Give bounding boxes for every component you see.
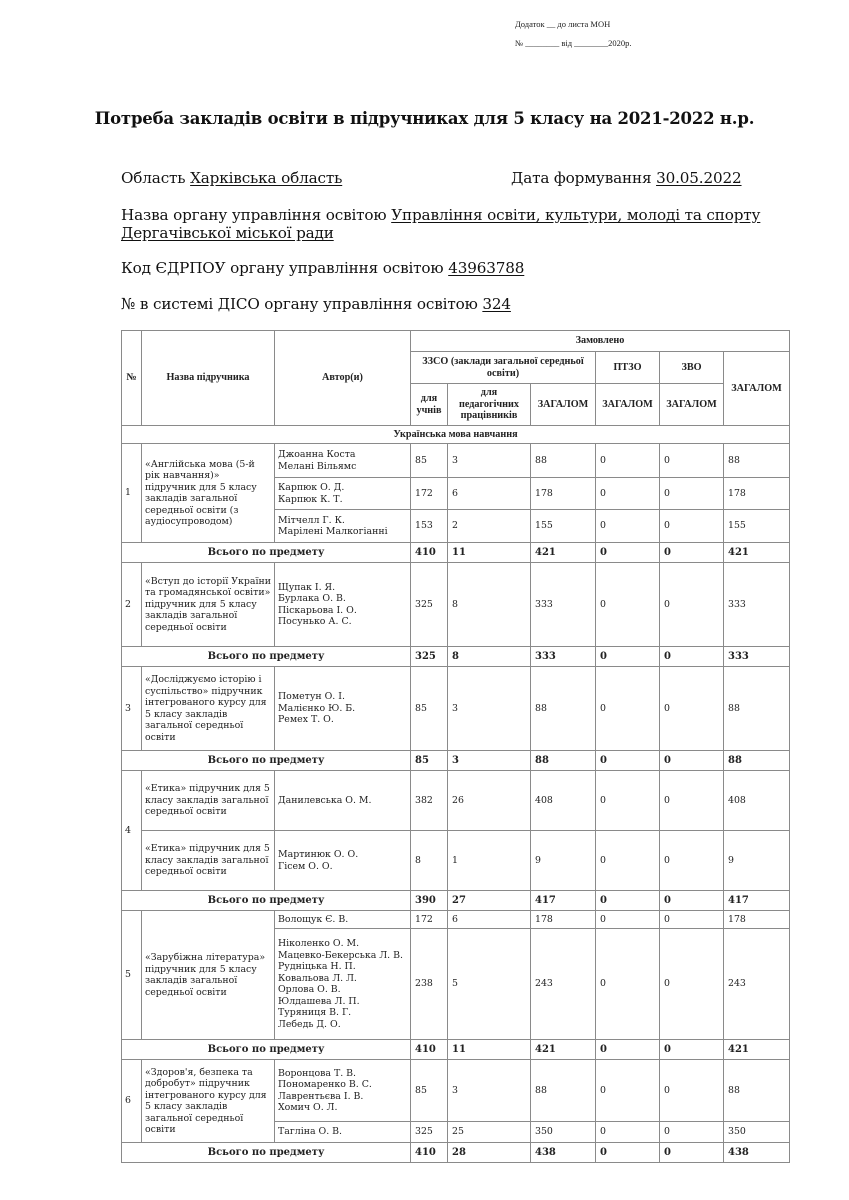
book-authors: Карпюк О. Д. Карпюк К. Т.	[275, 478, 411, 510]
total-zzso-total: 438	[531, 1143, 596, 1163]
total-students: 325	[411, 647, 448, 667]
total-total: 438	[724, 1143, 790, 1163]
language-section: Українська мова навчання	[122, 426, 790, 444]
table-row: 5«Зарубіжна література» підручник для 5 …	[122, 911, 790, 929]
date-value: 30.05.2022	[656, 169, 741, 187]
cell-zvo: 0	[660, 929, 724, 1040]
total-zvo: 0	[660, 751, 724, 771]
cell-zzso-total: 408	[531, 771, 596, 831]
cell-total: 408	[724, 771, 790, 831]
table-row: 4«Етика» підручник для 5 класу закладів …	[122, 771, 790, 831]
total-zzso-total: 88	[531, 751, 596, 771]
org-field: Назва органу управління освітою Управлін…	[121, 206, 760, 242]
book-number: 2	[122, 563, 142, 647]
header-zvo-total: ЗАГАЛОМ	[660, 384, 724, 426]
cell-teachers: 8	[448, 563, 531, 647]
subject-total-label: Всього по предмету	[122, 891, 411, 911]
total-ptzo: 0	[596, 891, 660, 911]
cell-ptzo: 0	[596, 1060, 660, 1122]
subject-total-label: Всього по предмету	[122, 751, 411, 771]
header-zzso: ЗЗСО (заклади загальної середньої освіти…	[411, 352, 596, 384]
header-ordered: Замовлено	[411, 331, 790, 352]
cell-students: 238	[411, 929, 448, 1040]
org-value-line2: Дергачівської міської ради	[121, 224, 334, 242]
cell-total: 350	[724, 1122, 790, 1143]
cell-total: 88	[724, 444, 790, 478]
cell-total: 88	[724, 667, 790, 751]
cell-total: 178	[724, 911, 790, 929]
total-ptzo: 0	[596, 1040, 660, 1060]
cell-zzso-total: 88	[531, 667, 596, 751]
book-authors: Ніколенко О. М. Мацевко-Бекерська Л. В. …	[275, 929, 411, 1040]
header-teachers: для педагогічних працівників	[448, 384, 531, 426]
cell-ptzo: 0	[596, 929, 660, 1040]
table-row: 3«Досліджуємо історію і суспільство» під…	[122, 667, 790, 751]
table-row: «Етика» підручник для 5 класу закладів з…	[122, 831, 790, 891]
cell-ptzo: 0	[596, 911, 660, 929]
total-teachers: 8	[448, 647, 531, 667]
total-zzso-total: 421	[531, 543, 596, 563]
total-zvo: 0	[660, 543, 724, 563]
book-title: «Досліджуємо історію і суспільство» підр…	[142, 667, 275, 751]
subject-total-row: Всього по предмету853880088	[122, 751, 790, 771]
book-authors: Тагліна О. В.	[275, 1122, 411, 1143]
total-ptzo: 0	[596, 1143, 660, 1163]
book-authors: Пометун О. І. Малієнко Ю. Б. Ремех Т. О.	[275, 667, 411, 751]
total-students: 85	[411, 751, 448, 771]
total-total: 421	[724, 543, 790, 563]
cell-total: 9	[724, 831, 790, 891]
region-label: Область	[121, 169, 190, 187]
cell-students: 325	[411, 1122, 448, 1143]
cell-zvo: 0	[660, 510, 724, 543]
cell-ptzo: 0	[596, 771, 660, 831]
cell-ptzo: 0	[596, 831, 660, 891]
cell-students: 172	[411, 911, 448, 929]
annex-line-1: Додаток __ до листа МОН	[515, 19, 610, 29]
total-ptzo: 0	[596, 647, 660, 667]
total-zvo: 0	[660, 1143, 724, 1163]
total-students: 390	[411, 891, 448, 911]
header-ptzo: ПТЗО	[596, 352, 660, 384]
total-zvo: 0	[660, 1040, 724, 1060]
cell-zvo: 0	[660, 444, 724, 478]
cell-zvo: 0	[660, 1060, 724, 1122]
total-ptzo: 0	[596, 751, 660, 771]
table-row: 6«Здоров'я, безпека та добробут» підручн…	[122, 1060, 790, 1122]
total-students: 410	[411, 1143, 448, 1163]
table-row: 1«Англійська мова (5-й рік навчання)» пі…	[122, 444, 790, 478]
subject-total-label: Всього по предмету	[122, 1143, 411, 1163]
header-name: Назва підручника	[142, 331, 275, 426]
book-title: «Етика» підручник для 5 класу закладів з…	[142, 771, 275, 831]
cell-students: 85	[411, 667, 448, 751]
cell-students: 85	[411, 1060, 448, 1122]
total-total: 421	[724, 1040, 790, 1060]
book-authors: Воронцова Т. В. Пономаренко В. С. Лаврен…	[275, 1060, 411, 1122]
cell-zzso-total: 178	[531, 478, 596, 510]
cell-total: 155	[724, 510, 790, 543]
total-zzso-total: 421	[531, 1040, 596, 1060]
total-total: 417	[724, 891, 790, 911]
subject-total-label: Всього по предмету	[122, 1040, 411, 1060]
edrpou-field: Код ЄДРПОУ органу управління освітою 439…	[121, 259, 524, 277]
cell-ptzo: 0	[596, 563, 660, 647]
cell-ptzo: 0	[596, 444, 660, 478]
book-title: «Англійська мова (5-й рік навчання)» під…	[142, 444, 275, 543]
cell-zvo: 0	[660, 667, 724, 751]
header-ptzo-total: ЗАГАЛОМ	[596, 384, 660, 426]
cell-zvo: 0	[660, 1122, 724, 1143]
edrpou-value: 43963788	[448, 259, 524, 277]
cell-ptzo: 0	[596, 1122, 660, 1143]
cell-teachers: 2	[448, 510, 531, 543]
cell-students: 382	[411, 771, 448, 831]
book-authors: Данилевська О. М.	[275, 771, 411, 831]
book-title: «Зарубіжна література» підручник для 5 к…	[142, 911, 275, 1040]
header-authors: Автор(и)	[275, 331, 411, 426]
edrpou-label: Код ЄДРПОУ органу управління освітою	[121, 259, 448, 277]
total-teachers: 11	[448, 1040, 531, 1060]
book-number: 3	[122, 667, 142, 751]
cell-students: 85	[411, 444, 448, 478]
cell-total: 243	[724, 929, 790, 1040]
total-zzso-total: 333	[531, 647, 596, 667]
cell-teachers: 25	[448, 1122, 531, 1143]
book-title: «Етика» підручник для 5 класу закладів з…	[142, 831, 275, 891]
total-ptzo: 0	[596, 543, 660, 563]
region-field: Область Харківська область	[121, 169, 342, 187]
total-teachers: 28	[448, 1143, 531, 1163]
cell-zzso-total: 9	[531, 831, 596, 891]
org-label: Назва органу управління освітою	[121, 206, 391, 224]
book-authors: Мітчелл Г. К. Марілені Малкогіанні	[275, 510, 411, 543]
book-authors: Волощук Є. В.	[275, 911, 411, 929]
book-number: 4	[122, 771, 142, 891]
cell-zzso-total: 333	[531, 563, 596, 647]
table-row: 2«Вступ до історії України та громадянсь…	[122, 563, 790, 647]
subject-total-row: Всього по предмету325833300333	[122, 647, 790, 667]
total-total: 88	[724, 751, 790, 771]
cell-zvo: 0	[660, 563, 724, 647]
cell-zvo: 0	[660, 771, 724, 831]
cell-total: 178	[724, 478, 790, 510]
cell-zzso-total: 178	[531, 911, 596, 929]
book-number: 1	[122, 444, 142, 543]
book-authors: Щупак І. Я. Бурлака О. В. Піскарьова І. …	[275, 563, 411, 647]
total-teachers: 3	[448, 751, 531, 771]
cell-zvo: 0	[660, 831, 724, 891]
total-total: 333	[724, 647, 790, 667]
total-teachers: 11	[448, 543, 531, 563]
disco-value: 324	[482, 295, 511, 313]
book-authors: Мартинюк О. О. Гісем О. О.	[275, 831, 411, 891]
cell-students: 153	[411, 510, 448, 543]
cell-students: 325	[411, 563, 448, 647]
date-field: Дата формування 30.05.2022	[511, 169, 742, 187]
page-title: Потреба закладів освіти в підручниках дл…	[0, 109, 849, 128]
cell-teachers: 5	[448, 929, 531, 1040]
subject-total-row: Всього по предмету4102843800438	[122, 1143, 790, 1163]
header-zzso-total: ЗАГАЛОМ	[531, 384, 596, 426]
cell-zzso-total: 243	[531, 929, 596, 1040]
cell-ptzo: 0	[596, 478, 660, 510]
cell-ptzo: 0	[596, 667, 660, 751]
total-teachers: 27	[448, 891, 531, 911]
region-value: Харківська область	[190, 169, 342, 187]
cell-teachers: 26	[448, 771, 531, 831]
header-students: для учнів	[411, 384, 448, 426]
subject-total-row: Всього по предмету4101142100421	[122, 543, 790, 563]
date-label: Дата формування	[511, 169, 656, 187]
book-number: 5	[122, 911, 142, 1040]
disco-label: № в системі ДІСО органу управління освіт…	[121, 295, 482, 313]
total-students: 410	[411, 1040, 448, 1060]
total-zvo: 0	[660, 647, 724, 667]
cell-zzso-total: 350	[531, 1122, 596, 1143]
book-number: 6	[122, 1060, 142, 1143]
cell-zvo: 0	[660, 911, 724, 929]
header-grand-total: ЗАГАЛОМ	[724, 352, 790, 426]
cell-zzso-total: 155	[531, 510, 596, 543]
total-zzso-total: 417	[531, 891, 596, 911]
cell-teachers: 1	[448, 831, 531, 891]
annex-line-2: № ________ від ________2020р.	[515, 38, 632, 48]
cell-students: 172	[411, 478, 448, 510]
cell-total: 88	[724, 1060, 790, 1122]
cell-zvo: 0	[660, 478, 724, 510]
cell-ptzo: 0	[596, 510, 660, 543]
subject-total-row: Всього по предмету3902741700417	[122, 891, 790, 911]
textbook-demand-table: № Назва підручника Автор(и) Замовлено ЗЗ…	[121, 330, 790, 1163]
cell-teachers: 6	[448, 911, 531, 929]
subject-total-label: Всього по предмету	[122, 647, 411, 667]
cell-zzso-total: 88	[531, 1060, 596, 1122]
cell-teachers: 3	[448, 444, 531, 478]
book-title: «Вступ до історії України та громадянськ…	[142, 563, 275, 647]
disco-field: № в системі ДІСО органу управління освіт…	[121, 295, 511, 313]
subject-total-row: Всього по предмету4101142100421	[122, 1040, 790, 1060]
cell-teachers: 3	[448, 1060, 531, 1122]
cell-zzso-total: 88	[531, 444, 596, 478]
cell-teachers: 3	[448, 667, 531, 751]
header-zvo: ЗВО	[660, 352, 724, 384]
total-zvo: 0	[660, 891, 724, 911]
book-authors: Джоанна Коста Мелані Вільямс	[275, 444, 411, 478]
cell-teachers: 6	[448, 478, 531, 510]
book-title: «Здоров'я, безпека та добробут» підручни…	[142, 1060, 275, 1143]
cell-total: 333	[724, 563, 790, 647]
total-students: 410	[411, 543, 448, 563]
header-num: №	[122, 331, 142, 426]
org-value-line1: Управління освіти, культури, молоді та с…	[391, 206, 760, 224]
cell-students: 8	[411, 831, 448, 891]
subject-total-label: Всього по предмету	[122, 543, 411, 563]
